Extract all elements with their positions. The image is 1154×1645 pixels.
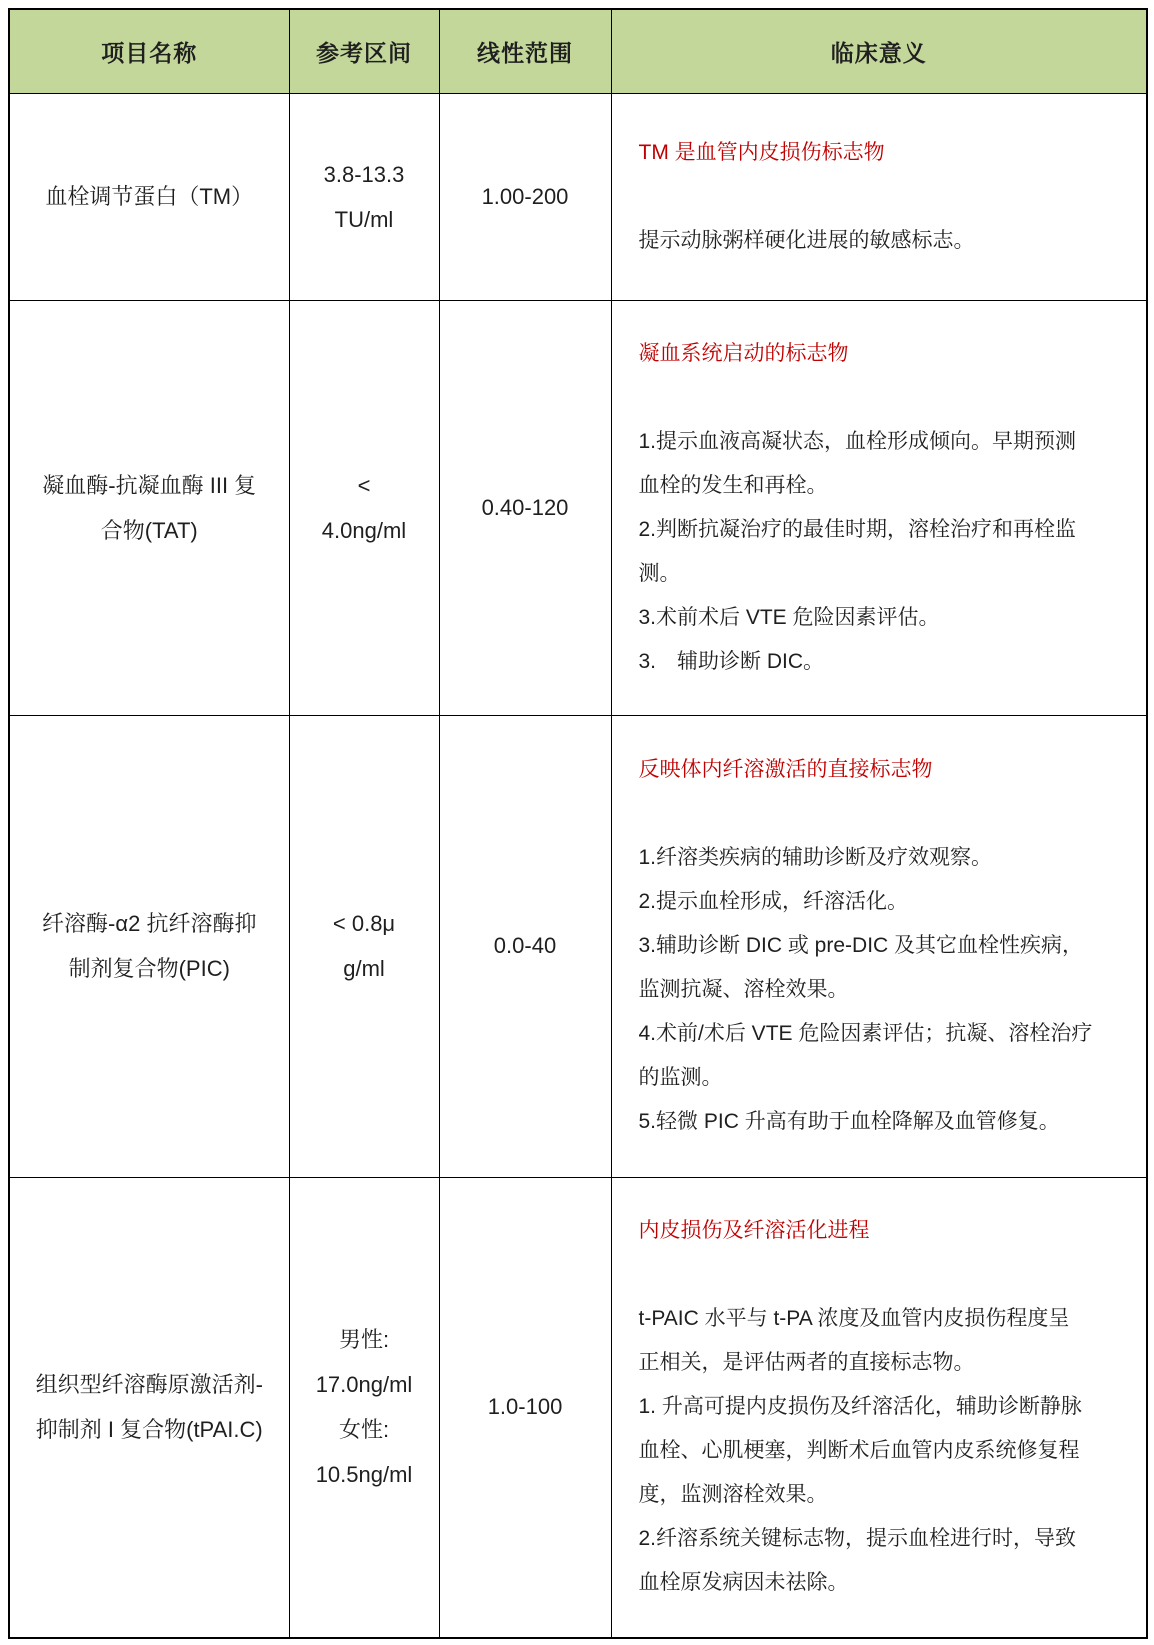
reference-interval-line: g/ml: [290, 946, 439, 991]
significance-line: 4.术前/术后 VTE 危险因素评估；抗凝、溶栓治疗: [639, 1012, 1127, 1056]
significance-line: 度，监测溶栓效果。: [639, 1473, 1127, 1517]
table-row: 纤溶酶-α2 抗纤溶酶抑制剂复合物(PIC)< 0.8μg/ml0.0-40反映…: [9, 715, 1147, 1177]
linear-range-cell: 1.0-100: [439, 1177, 611, 1638]
column-header-item-name: 项目名称: [9, 9, 289, 93]
significance-line: 正相关，是评估两者的直接标志物。: [639, 1341, 1127, 1385]
reference-interval-cell: 男性:17.0ng/ml女性:10.5ng/ml: [289, 1177, 439, 1638]
reference-interval-line: 17.0ng/ml: [290, 1362, 439, 1407]
reference-interval-line: TU/ml: [290, 197, 439, 242]
significance-line: 5.轻微 PIC 升高有助于血栓降解及血管修复。: [639, 1100, 1127, 1144]
blank-line: [639, 175, 1127, 219]
significance-line: 血栓原发病因未祛除。: [639, 1561, 1127, 1605]
linear-range-value: 0.40-120: [440, 495, 611, 521]
significance-line: 2.判断抗凝治疗的最佳时期，溶栓治疗和再栓监: [639, 508, 1127, 552]
significance-line: 3.术前术后 VTE 危险因素评估。: [639, 596, 1127, 640]
reference-interval-cell: 3.8-13.3TU/ml: [289, 93, 439, 300]
significance-heading: TM 是血管内皮损伤标志物: [639, 131, 1127, 175]
significance-heading: 内皮损伤及纤溶活化进程: [639, 1209, 1127, 1253]
item-name-cell: 凝血酶-抗凝血酶 III 复合物(TAT): [9, 300, 289, 715]
clinical-significance-cell: 反映体内纤溶激活的直接标志物 1.纤溶类疾病的辅助诊断及疗效观察。2.提示血栓形…: [611, 715, 1147, 1177]
linear-range-value: 0.0-40: [440, 933, 611, 959]
significance-line: 2.纤溶系统关键标志物，提示血栓进行时，导致: [639, 1517, 1127, 1561]
significance-line: 的监测。: [639, 1056, 1127, 1100]
clinical-significance-cell: 凝血系统启动的标志物 1.提示血液高凝状态，血栓形成倾向。早期预测血栓的发生和再…: [611, 300, 1147, 715]
significance-line: 提示动脉粥样硬化进展的敏感标志。: [639, 219, 1127, 263]
linear-range-value: 1.0-100: [440, 1394, 611, 1420]
column-header-reference-interval: 参考区间: [289, 9, 439, 93]
column-header-clinical-significance: 临床意义: [611, 9, 1147, 93]
item-name-line: 血栓调节蛋白（TM）: [10, 174, 289, 219]
significance-heading: 反映体内纤溶激活的直接标志物: [639, 748, 1127, 792]
item-name-line: 合物(TAT): [10, 508, 289, 553]
reference-interval-line: <: [290, 463, 439, 508]
significance-line: 血栓的发生和再栓。: [639, 464, 1127, 508]
reference-table: 项目名称 参考区间 线性范围 临床意义 血栓调节蛋白（TM）3.8-13.3TU…: [8, 8, 1148, 1639]
clinical-significance-cell: 内皮损伤及纤溶活化进程 t-PAIC 水平与 t-PA 浓度及血管内皮损伤程度呈…: [611, 1177, 1147, 1638]
linear-range-cell: 1.00-200: [439, 93, 611, 300]
reference-interval-cell: < 0.8μg/ml: [289, 715, 439, 1177]
significance-line: 1.纤溶类疾病的辅助诊断及疗效观察。: [639, 836, 1127, 880]
item-name-line: 抑制剂 I 复合物(tPAI.C): [10, 1407, 289, 1452]
significance-line: 监测抗凝、溶栓效果。: [639, 968, 1127, 1012]
reference-interval-line: 男性:: [290, 1317, 439, 1362]
blank-line: [639, 376, 1127, 420]
significance-heading: 凝血系统启动的标志物: [639, 332, 1127, 376]
reference-interval-cell: <4.0ng/ml: [289, 300, 439, 715]
item-name-line: 制剂复合物(PIC): [10, 946, 289, 991]
linear-range-cell: 0.0-40: [439, 715, 611, 1177]
significance-line: 血栓、心肌梗塞，判断术后血管内皮系统修复程: [639, 1429, 1127, 1473]
linear-range-value: 1.00-200: [440, 184, 611, 210]
significance-line: 2.提示血栓形成，纤溶活化。: [639, 880, 1127, 924]
reference-interval-line: 3.8-13.3: [290, 152, 439, 197]
significance-line: 3.辅助诊断 DIC 或 pre-DIC 及其它血栓性疾病，: [639, 924, 1127, 968]
table-row: 血栓调节蛋白（TM）3.8-13.3TU/ml1.00-200TM 是血管内皮损…: [9, 93, 1147, 300]
reference-interval-line: 女性:: [290, 1407, 439, 1452]
blank-line: [639, 792, 1127, 836]
column-header-linear-range: 线性范围: [439, 9, 611, 93]
item-name-cell: 组织型纤溶酶原激活剂-抑制剂 I 复合物(tPAI.C): [9, 1177, 289, 1638]
significance-line: 3. 辅助诊断 DIC。: [639, 640, 1127, 684]
blank-line: [639, 1253, 1127, 1297]
item-name-line: 纤溶酶-α2 抗纤溶酶抑: [10, 901, 289, 946]
significance-line: 1.提示血液高凝状态，血栓形成倾向。早期预测: [639, 420, 1127, 464]
reference-interval-line: < 0.8μ: [290, 901, 439, 946]
significance-line: 测。: [639, 552, 1127, 596]
table-row: 凝血酶-抗凝血酶 III 复合物(TAT)<4.0ng/ml0.40-120凝血…: [9, 300, 1147, 715]
linear-range-cell: 0.40-120: [439, 300, 611, 715]
table-body: 血栓调节蛋白（TM）3.8-13.3TU/ml1.00-200TM 是血管内皮损…: [9, 93, 1147, 1638]
item-name-cell: 血栓调节蛋白（TM）: [9, 93, 289, 300]
header-row: 项目名称 参考区间 线性范围 临床意义: [9, 9, 1147, 93]
significance-line: 1. 升高可提内皮损伤及纤溶活化，辅助诊断静脉: [639, 1385, 1127, 1429]
item-name-line: 凝血酶-抗凝血酶 III 复: [10, 463, 289, 508]
clinical-significance-cell: TM 是血管内皮损伤标志物 提示动脉粥样硬化进展的敏感标志。: [611, 93, 1147, 300]
significance-line: t-PAIC 水平与 t-PA 浓度及血管内皮损伤程度呈: [639, 1297, 1127, 1341]
reference-interval-line: 10.5ng/ml: [290, 1452, 439, 1497]
item-name-line: 组织型纤溶酶原激活剂-: [10, 1362, 289, 1407]
table-row: 组织型纤溶酶原激活剂-抑制剂 I 复合物(tPAI.C)男性:17.0ng/ml…: [9, 1177, 1147, 1638]
item-name-cell: 纤溶酶-α2 抗纤溶酶抑制剂复合物(PIC): [9, 715, 289, 1177]
reference-interval-line: 4.0ng/ml: [290, 508, 439, 553]
